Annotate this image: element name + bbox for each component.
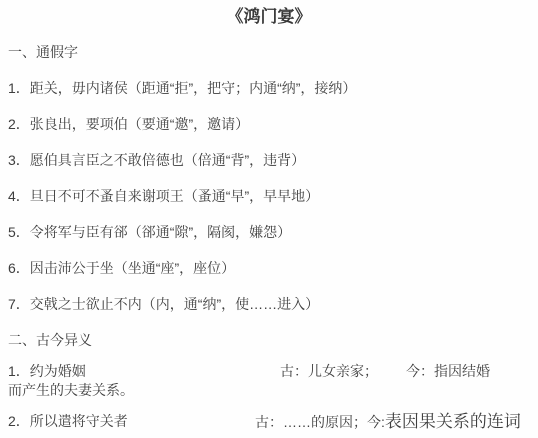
tongjiazi-item-5: 5．令将军与臣有郤（郤通“隙”，隔阂，嫌怨） [8,223,530,242]
gujin-item-2-modern-emphasis: 表因果关系的连词 [385,412,521,431]
tongjiazi-item-7: 7．交戟之士欲止不内（内，通“纳”，使……进入） [8,295,530,314]
tongjiazi-item-6: 6．因击沛公于坐（坐通“座”，座位） [8,259,530,278]
document-page: 《鸿门宴》 一、通假字 1．距关，毋内诸侯（距通“拒”，把守；内通“纳”，接纳）… [0,0,538,438]
gujin-item-1: 1．约为婚姻 古：儿女亲家； 今：指因结婚 [8,362,530,381]
gujin-item-1-modern-meaning-wrap: 而产生的夫妻关系。 [8,381,530,400]
gujin-item-2: 2．所以遣将守关者 古：……的原因；今:表因果关系的连词 [8,412,530,431]
tongjiazi-item-3: 3．愿伯具言臣之不敢倍德也（倍通“背”，违背） [8,151,530,170]
tongjiazi-item-4: 4．旦日不可不蚤自来谢项王（蚤通“早”，早早地） [8,187,530,206]
gujin-item-1-modern-meaning: 今：指因结婚 [406,362,490,381]
page-title: 《鸿门宴》 [8,6,530,28]
section2-heading: 二、古今异义 [8,331,530,350]
gujin-item-2-phrase: 2．所以遣将守关者 [8,413,128,429]
gujin-item-2-meanings: 古：……的原因；今:表因果关系的连词 [255,412,521,432]
gujin-item-1-phrase: 1．约为婚姻 [8,363,86,379]
section1-heading: 一、通假字 [8,43,530,62]
tongjiazi-item-1: 1．距关，毋内诸侯（距通“拒”，把守；内通“纳”，接纳） [8,79,530,98]
gujin-item-1-ancient-meaning: 古：儿女亲家； [280,362,378,381]
gujin-item-2-ancient-modern: 古：……的原因；今: [255,414,385,430]
tongjiazi-item-2: 2．张良出，要项伯（要通“邀”，邀请） [8,115,530,134]
